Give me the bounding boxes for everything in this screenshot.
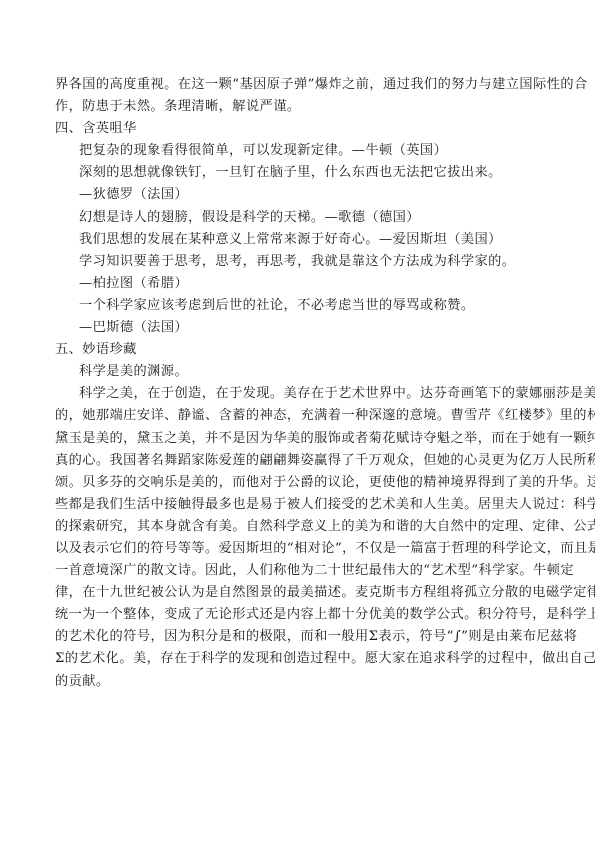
quote-attribution: —柏拉图（希腊） [55,273,537,295]
quote-line: 我们思想的发展在某种意义上常常来源于好奇心。—爱因斯坦（美国） [55,229,537,251]
text-line: 界各国的高度重视。在这一颗“基因原子弹”爆炸之前，通过我们的努力与建立国际性的合 [55,74,537,96]
section-heading-5: 五、妙语珍藏 [55,339,537,361]
quote-attribution: —狄德罗（法国） [55,184,537,206]
paragraph-line: Σ的艺术化。美，存在于科学的发现和创造过程中。愿大家在追求科学的过程中，做出自己 [55,648,537,670]
paragraph-line: 黛玉是美的，黛玉之美，并不是因为华美的服饰或者菊花赋诗夺魁之举，而在于她有一颗纯 [55,428,537,450]
quote-line: 学习知识要善于思考，思考，再思考，我就是靠这个方法成为科学家的。 [55,251,537,273]
paragraph-line: 统一为一个整体，变成了无论形式还是内容上都十分优美的数学公式。积分符号，是科学上 [55,604,537,626]
quote-attribution: —巴斯德（法国） [55,317,537,339]
section-heading-4: 四、含英咀华 [55,118,537,140]
quote-line: 幻想是诗人的翅膀，假设是科学的天梯。—歌德（德国） [55,207,537,229]
quote-line: 把复杂的现象看得很简单，可以发现新定律。—牛顿（英国） [55,140,537,162]
paragraph-line: 科学之美，在于创造，在于发现。美存在于艺术世界中。达芬奇画笔下的蒙娜丽莎是美 [55,383,537,405]
paragraph-line: 的贡献。 [55,671,537,693]
paragraph-line: 以及表示它们的符号等等。爱因斯坦的“相对论”，不仅是一篇富于哲理的科学论文，而且… [55,538,537,560]
quote-line: 一个科学家应该考虑到后世的社论，不必考虑当世的辱骂或称赞。 [55,295,537,317]
paragraph-line: 律，在十九世纪被公认为是自然图景的最美描述。麦克斯韦方程组将孤立分散的电磁学定律 [55,582,537,604]
paragraph-line: 的探索研究，其本身就含有美。自然科学意义上的美为和谐的大自然中的定理、定律、公式 [55,516,537,538]
document-page: 界各国的高度重视。在这一颗“基因原子弹”爆炸之前，通过我们的努力与建立国际性的合… [55,74,537,693]
paragraph-line: 颂。贝多芬的交响乐是美的，而他对于公爵的议论，更使他的精神境界得到了美的升华。这 [55,472,537,494]
paragraph-line: 真的心。我国著名舞蹈家陈爱莲的翩翩舞姿赢得了千万观众，但她的心灵更为亿万人民所称 [55,450,537,472]
paragraph-line: 一首意境深广的散文诗。因此，人们称他为二十世纪最伟大的“艺术型”科学家。牛顿定 [55,560,537,582]
paragraph-line: 些都是我们生活中接触得最多也是易于被人们接受的艺术美和人生美。居里夫人说过：科学 [55,494,537,516]
text-line: 科学是美的渊源。 [55,361,537,383]
text-line: 作，防患于未然。条理清晰，解说严谨。 [55,96,537,118]
quote-line: 深刻的思想就像铁钉，一旦钉在脑子里，什么东西也无法把它拔出来。 [55,162,537,184]
paragraph-line: 的，她那端庄安详、静谧、含蓄的神态，充满着一种深邃的意境。曹雪芹《红楼梦》里的林 [55,405,537,427]
paragraph-line: 的艺术化的符号，因为积分是和的极限，而和一般用Σ表示，符号“∫”则是由莱布尼兹将 [55,626,537,648]
